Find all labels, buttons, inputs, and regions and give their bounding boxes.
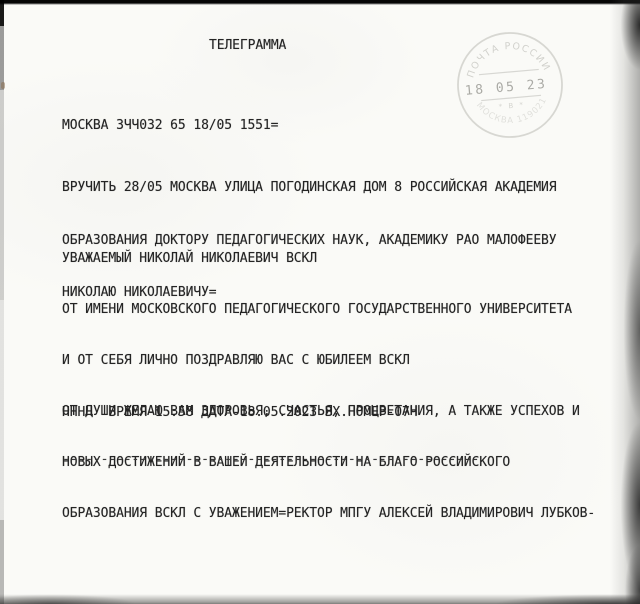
address-line: ВРУЧИТЬ 28/05 МОСКВА УЛИЦА ПОГОДИНСКАЯ Д…	[62, 179, 557, 197]
body-line: ОБРАЗОВАНИЯ ВСКЛ С УВАЖЕНИЕМ=РЕКТОР МПГУ…	[62, 505, 595, 522]
postal-stamp: ПОЧТА РОССИИ 18 05 23 * В * МОСКВА 11902…	[449, 23, 571, 146]
body-line: УВАЖАЕМЫЙ НИКОЛАЙ НИКОЛАЕВИЧ ВСКЛ	[62, 250, 595, 267]
telegram-header-line: МОСКВА 3ЧЧ032 65 18/05 1551=	[62, 117, 278, 134]
stamp-index-row: * В *	[498, 101, 525, 111]
stamp-top-arc-text: ПОЧТА РОССИИ	[463, 37, 553, 80]
telegram-title: ТЕЛЕГРАММА	[209, 37, 286, 54]
scan-edge-right	[610, 0, 640, 604]
scan-edge-bottom	[0, 594, 640, 604]
scan-edge-top	[0, 0, 640, 6]
body-line: ОТ ИМЕНИ МОСКОВСКОГО ПЕДАГОГИЧЕСКОГО ГОС…	[62, 301, 595, 318]
paper-speck	[1, 82, 5, 89]
service-footer-line: НННН ВРЕМЯ-15:58 ДАТА-18.05.2023 ВХ.НОМЕ…	[62, 404, 417, 421]
scan-edge-left	[0, 0, 4, 604]
message-body: УВАЖАЕМЫЙ НИКОЛАЙ НИКОЛАЕВИЧ ВСКЛ ОТ ИМЕ…	[62, 216, 595, 556]
stamp-upper-rule	[479, 69, 539, 74]
tear-off-dashed-line: ----------------------------------------…	[62, 451, 479, 468]
scanned-telegram: ТЕЛЕГРАММА МОСКВА 3ЧЧ032 65 18/05 1551= …	[0, 0, 640, 604]
body-line: И ОТ СЕБЯ ЛИЧНО ПОЗДРАВЛЯЮ ВАС С ЮБИЛЕЕМ…	[62, 352, 595, 369]
